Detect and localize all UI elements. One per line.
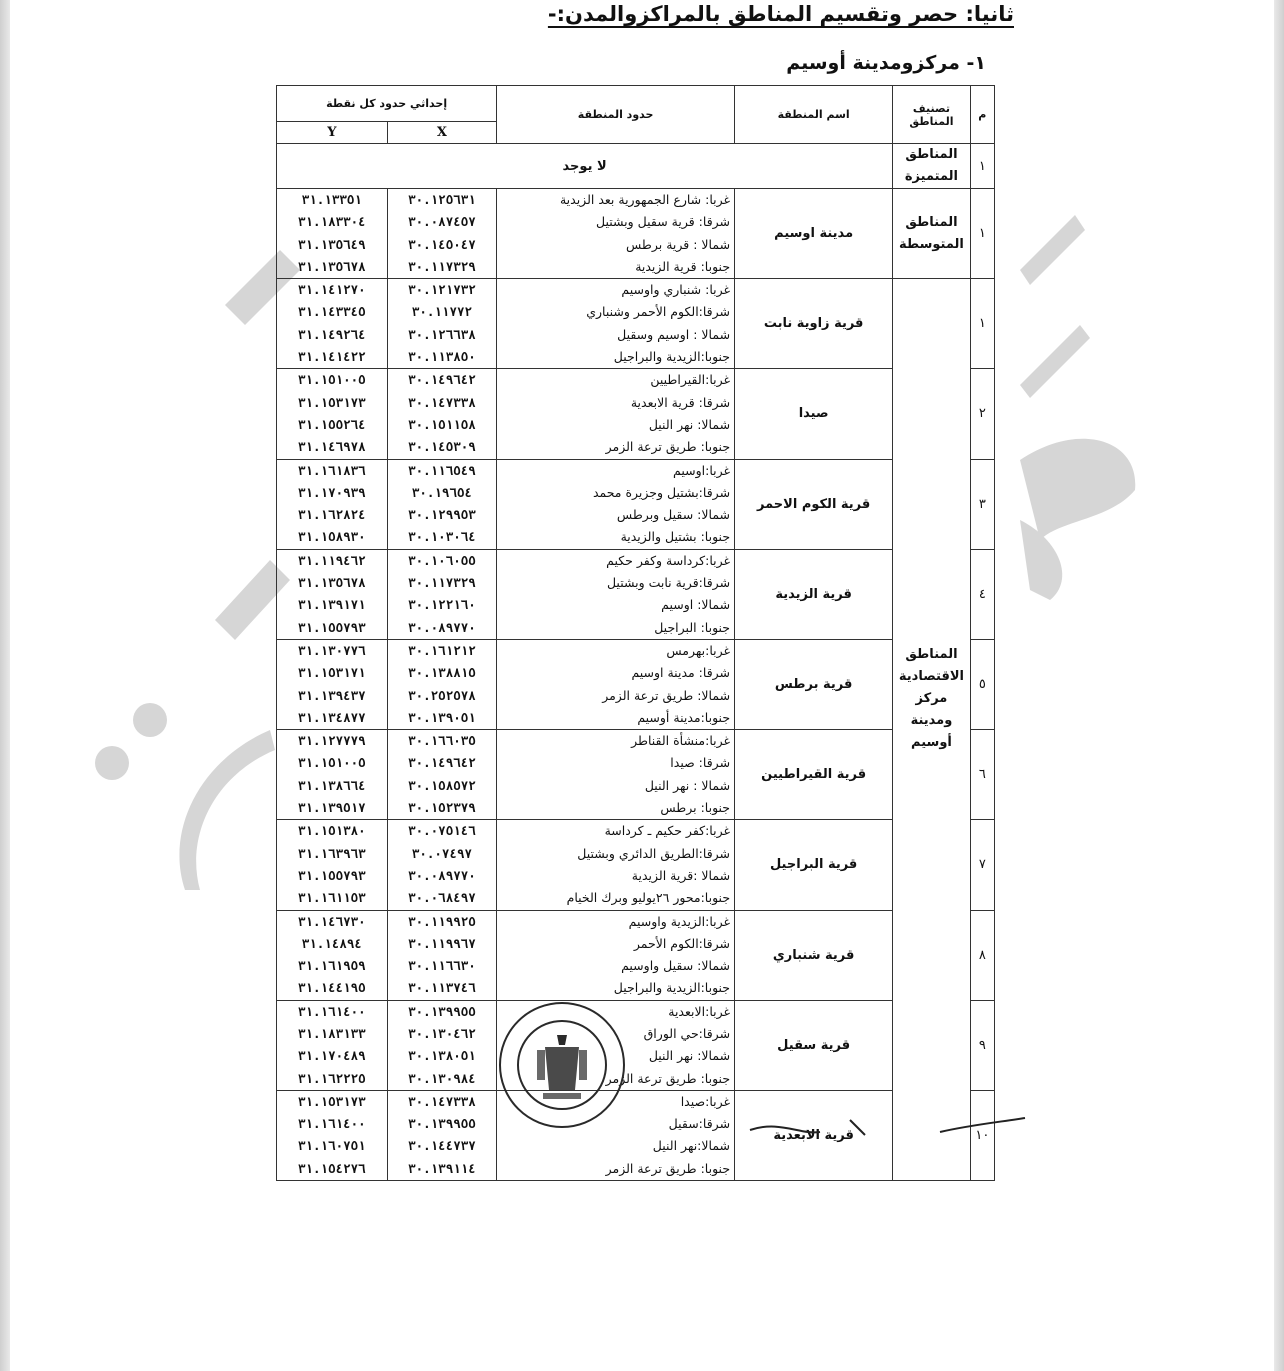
y-value: ٣١.١٥٤٢٧٦ bbox=[281, 1158, 383, 1180]
x-value: ٣٠.٠٨٩٧٧٠ bbox=[392, 865, 493, 887]
y-value: ٣١.١٣٥٦٧٨ bbox=[281, 256, 383, 278]
x-coordinates: ٣٠.١٤٩٦٤٢٣٠.١٤٧٣٣٨٣٠.١٥١١٥٨٣٠.١٤٥٣٠٩ bbox=[387, 369, 497, 459]
zone-name: قرية الابعدية bbox=[735, 1090, 893, 1180]
bound-north: شمالا : اوسيم وسقيل bbox=[501, 324, 730, 346]
y-coordinates: ٣١.١٤٦٧٣٠٣١.١٤٨٩٤٣١.١٦١٩٥٩٣١.١٤٤١٩٥ bbox=[277, 910, 388, 1000]
x-value: ٣٠.١٤٧٣٣٨ bbox=[392, 392, 493, 414]
y-value: ٣١.١٦١٤٠٠ bbox=[281, 1113, 383, 1135]
zone-name: قرية شنباري bbox=[735, 910, 893, 1000]
x-value: ٣٠.١٠٣٠٦٤ bbox=[392, 526, 493, 548]
x-value: ٣٠.١٤٥٣٠٩ bbox=[392, 436, 493, 458]
x-value: ٣٠.١٤٤٧٣٧ bbox=[392, 1135, 493, 1157]
bound-north: شمالا: طريق ترعة الزمر bbox=[501, 685, 730, 707]
zone-name: قرية الكوم الاحمر bbox=[735, 459, 893, 549]
y-value: ٣١.١٣٣٥١ bbox=[281, 189, 383, 211]
zone-bounds: غربا:كفر حكيم ـ كرداسةشرقا:الطريق الدائر… bbox=[497, 820, 735, 910]
row-number: ٣ bbox=[970, 459, 994, 549]
bound-east: شرقا: قرية سقيل وبشتيل bbox=[501, 211, 730, 233]
row-number: ٩ bbox=[970, 1000, 994, 1090]
bound-south: جنوبا: برطس bbox=[501, 797, 730, 819]
x-coordinates: ٣٠.١٢٥٦٣١ ٣٠.٠٨٧٤٥٧ ٣٠.١٤٥٠٤٧ ٣٠.١١٧٣٢٩ bbox=[387, 189, 497, 279]
zone-name: صيدا bbox=[735, 369, 893, 459]
y-value: ٣١.١٦٢٢٢٥ bbox=[281, 1068, 383, 1090]
x-value: ٣٠.١٢١٧٣٢ bbox=[392, 279, 493, 301]
table-row: ١المناطق الاقتصادية مركز ومدينة أوسيمقري… bbox=[277, 279, 995, 369]
y-coordinates: ٣١.١٦١٤٠٠٣١.١٨٣١٣٣٣١.١٧٠٤٨٩٣١.١٦٢٢٢٥ bbox=[277, 1000, 388, 1090]
x-value: ٣٠.١٣٩١١٤ bbox=[392, 1158, 493, 1180]
header-m: م bbox=[970, 86, 994, 144]
header-zone-bounds: حدود المنطقة bbox=[497, 86, 735, 144]
classification-cell: المناطق المتوسطة bbox=[893, 189, 970, 279]
page-shadow-right bbox=[1274, 0, 1284, 1371]
zone-name: قرية سقيل bbox=[735, 1000, 893, 1090]
y-value: ٣١.١٦١٨٣٦ bbox=[281, 460, 383, 482]
x-value: ٣٠.١٣٩٩٥٥ bbox=[392, 1113, 493, 1135]
zone-name: مدينة اوسيم bbox=[735, 189, 893, 279]
x-coordinates: ٣٠.١٦١٢١٢٣٠.١٣٨٨١٥٣٠.٢٥٢٥٧٨٣٠.١٣٩٠٥١ bbox=[387, 639, 497, 729]
x-coordinates: ٣٠.١١٦٥٤٩٣٠.١٩٦٥٤٣٠.١٢٩٩٥٣٣٠.١٠٣٠٦٤ bbox=[387, 459, 497, 549]
zone-bounds: غربا:منشأة القناطرشرقا: صيداشمالا : نهر … bbox=[497, 730, 735, 820]
x-value: ٣٠.١١٦٦٣٠ bbox=[392, 955, 493, 977]
x-value: ٣٠.١٤٧٣٣٨ bbox=[392, 1091, 493, 1113]
bound-north: شمالا : قرية برطس bbox=[501, 234, 730, 256]
bound-south: جنوبا: طريق ترعة الزمر bbox=[501, 1158, 730, 1180]
x-value: ٣٠.١٣٨٠٥١ bbox=[392, 1045, 493, 1067]
zone-bounds: غربا:القيراطيينشرقا: قرية الابعديةشمالا:… bbox=[497, 369, 735, 459]
y-value: ٣١.١٧٠٩٣٩ bbox=[281, 482, 383, 504]
y-value: ٣١.١٤١٢٧٠ bbox=[281, 279, 383, 301]
x-value: ٣٠.١١٣٧٤٦ bbox=[392, 977, 493, 999]
x-value: ٣٠.٠٨٩٧٧٠ bbox=[392, 617, 493, 639]
y-value: ٣١.١٣٨٦٦٤ bbox=[281, 775, 383, 797]
x-value: ٣٠.١١٧٣٢٩ bbox=[392, 256, 493, 278]
bound-north: شمالا :قرية الزيدية bbox=[501, 865, 730, 887]
zone-bounds: غربا:بهرمسشرقا: مدينة اوسيمشمالا: طريق ت… bbox=[497, 639, 735, 729]
bound-east: شرقا:حي الوراق bbox=[501, 1023, 730, 1045]
x-value: ٣٠.١١٦٥٤٩ bbox=[392, 460, 493, 482]
bound-south: جنوبا:الزيدية والبراجيل bbox=[501, 977, 730, 999]
bound-east: شرقا:قرية نابت وبشتيل bbox=[501, 572, 730, 594]
x-value: ٣٠.٠٦٨٤٩٧ bbox=[392, 887, 493, 909]
y-value: ٣١.١٤١٤٢٢ bbox=[281, 346, 383, 368]
y-coordinates: ٣١.١١٩٤٦٢٣١.١٣٥٦٧٨٣١.١٣٩١٧١٣١.١٥٥٧٩٣ bbox=[277, 549, 388, 639]
x-value: ٣٠.٠٧٤٩٧ bbox=[392, 843, 493, 865]
y-value: ٣١.١٥٣١٧١ bbox=[281, 662, 383, 684]
y-value: ٣١.١٤٦٩٧٨ bbox=[281, 436, 383, 458]
header-x: X bbox=[387, 122, 497, 144]
row-number: ٧ bbox=[970, 820, 994, 910]
x-value: ٣٠.١٤٩٦٤٢ bbox=[392, 369, 493, 391]
x-value: ٣٠.٠٨٧٤٥٧ bbox=[392, 211, 493, 233]
y-value: ٣١.١٣٥٦٤٩ bbox=[281, 234, 383, 256]
y-value: ٣١.١٣٩٥١٧ bbox=[281, 797, 383, 819]
row-number: ٦ bbox=[970, 730, 994, 820]
bound-east: شرقا:بشتيل وجزيرة محمد bbox=[501, 482, 730, 504]
y-value: ٣١.١٥٨٩٣٠ bbox=[281, 526, 383, 548]
page-shadow-left bbox=[0, 0, 10, 1371]
table-row: ٨قرية شنباريغربا:الزيدية واوسيمشرقا:الكو… bbox=[277, 910, 995, 1000]
table-row: ٩قرية سقيلغربا:الابعديةشرقا:حي الوراقشما… bbox=[277, 1000, 995, 1090]
bound-west: غربا:الابعدية bbox=[501, 1001, 730, 1023]
y-value: ٣١.١٨٣١٣٣ bbox=[281, 1023, 383, 1045]
y-coordinates: ٣١.١٥١٣٨٠٣١.١٦٣٩٦٣٣١.١٥٥٧٩٣٣١.١٦١١٥٣ bbox=[277, 820, 388, 910]
table-row-medium: ١ المناطق المتوسطة مدينة اوسيم غربا: شار… bbox=[277, 189, 995, 279]
y-value: ٣١.١٤٦٧٣٠ bbox=[281, 911, 383, 933]
x-value: ٣٠.١٣٩٠٥١ bbox=[392, 707, 493, 729]
zone-bounds: غربا: شنباري واوسيمشرقا:الكوم الأحمر وشن… bbox=[497, 279, 735, 369]
x-value: ٣٠.١٤٩٦٤٢ bbox=[392, 752, 493, 774]
table-row: ٧قرية البراجيلغربا:كفر حكيم ـ كرداسةشرقا… bbox=[277, 820, 995, 910]
bound-west: غربا:القيراطيين bbox=[501, 369, 730, 391]
bound-north: شمالا: اوسيم bbox=[501, 594, 730, 616]
y-coordinates: ٣١.١٢٧٧٧٩٣١.١٥١٠٠٥٣١.١٣٨٦٦٤٣١.١٣٩٥١٧ bbox=[277, 730, 388, 820]
x-coordinates: ٣٠.١٦٦٠٣٥٣٠.١٤٩٦٤٢٣٠.١٥٨٥٧٢٣٠.١٥٢٣٧٩ bbox=[387, 730, 497, 820]
none-value: لا يوجد bbox=[277, 144, 893, 189]
table-row-distinguished: ١ المناطق المتميزة لا يوجد bbox=[277, 144, 995, 189]
zone-bounds: غربا:كرداسة وكفر حكيمشرقا:قرية نابت وبشت… bbox=[497, 549, 735, 639]
x-value: ٣٠.١٢٢١٦٠ bbox=[392, 594, 493, 616]
y-value: ٣١.١٥٥٧٩٣ bbox=[281, 865, 383, 887]
row-number: ١ bbox=[970, 189, 994, 279]
bound-north: شمالا: سقيل واوسيم bbox=[501, 955, 730, 977]
bound-west: غربا:صيدا bbox=[501, 1091, 730, 1113]
y-coordinates: ٣١.١٦١٨٣٦٣١.١٧٠٩٣٩٣١.١٦٢٨٢٤٣١.١٥٨٩٣٠ bbox=[277, 459, 388, 549]
zone-name: قرية برطس bbox=[735, 639, 893, 729]
table-row: ١٠قرية الابعديةغربا:صيداشرقا:سقيلشمالا:ن… bbox=[277, 1090, 995, 1180]
bound-west: غربا: شارع الجمهورية بعد الزيدية bbox=[501, 189, 730, 211]
row-number: ١ bbox=[970, 144, 994, 189]
bound-south: جنوبا:مدينة أوسيم bbox=[501, 707, 730, 729]
y-value: ٣١.١٥٥٢٦٤ bbox=[281, 414, 383, 436]
table-row: ٤قرية الزيديةغربا:كرداسة وكفر حكيمشرقا:ق… bbox=[277, 549, 995, 639]
x-value: ٣٠.١٦٦٠٣٥ bbox=[392, 730, 493, 752]
x-value: ٣٠.١٢٦٦٣٨ bbox=[392, 324, 493, 346]
bound-north: شمالا : نهر النيل bbox=[501, 775, 730, 797]
zone-bounds: غربا:الزيدية واوسيمشرقا:الكوم الأحمرشمال… bbox=[497, 910, 735, 1000]
bound-west: غربا:بهرمس bbox=[501, 640, 730, 662]
x-value: ٣٠.١١٩٩٦٧ bbox=[392, 933, 493, 955]
y-coordinates: ٣١.١٥٣١٧٣٣١.١٦١٤٠٠٣١.١٦٠٧٥١٣١.١٥٤٢٧٦ bbox=[277, 1090, 388, 1180]
y-coordinates: ٣١.١٤١٢٧٠٣١.١٤٣٣٤٥٣١.١٤٩٢٦٤٣١.١٤١٤٢٢ bbox=[277, 279, 388, 369]
bound-west: غربا:كرداسة وكفر حكيم bbox=[501, 550, 730, 572]
y-value: ٣١.١٥٣١٧٣ bbox=[281, 392, 383, 414]
x-coordinates: ٣٠.١٠٦٠٥٥٣٠.١١٧٣٢٩٣٠.١٢٢١٦٠٣٠.٠٨٩٧٧٠ bbox=[387, 549, 497, 639]
zone-name: قرية القيراطيين bbox=[735, 730, 893, 820]
y-value: ٣١.١٥٣١٧٣ bbox=[281, 1091, 383, 1113]
y-value: ٣١.١٧٠٤٨٩ bbox=[281, 1045, 383, 1067]
zone-bounds: غربا:اوسيمشرقا:بشتيل وجزيرة محمدشمالا: س… bbox=[497, 459, 735, 549]
bound-south: جنوبا: طريق ترعة الزمر bbox=[501, 1068, 730, 1090]
row-number: ٥ bbox=[970, 639, 994, 729]
row-number: ١٠ bbox=[970, 1090, 994, 1180]
zone-bounds: غربا: شارع الجمهورية بعد الزيدية شرقا: ق… bbox=[497, 189, 735, 279]
header-zone-name: اسم المنطقة bbox=[735, 86, 893, 144]
y-value: ٣١.١٣٩٤٣٧ bbox=[281, 685, 383, 707]
y-value: ٣١.١٦١١٥٣ bbox=[281, 887, 383, 909]
y-value: ٣١.١٥٥٧٩٣ bbox=[281, 617, 383, 639]
classification-cell: المناطق المتميزة bbox=[893, 144, 970, 189]
table-row: ٣قرية الكوم الاحمرغربا:اوسيمشرقا:بشتيل و… bbox=[277, 459, 995, 549]
y-value: ٣١.١١٩٤٦٢ bbox=[281, 550, 383, 572]
bound-east: شرقا:الكوم الأحمر وشنباري bbox=[501, 301, 730, 323]
x-value: ٣٠.١٦١٢١٢ bbox=[392, 640, 493, 662]
x-value: ٣٠.١٣٨٨١٥ bbox=[392, 662, 493, 684]
x-value: ٣٠.١٢٩٩٥٣ bbox=[392, 504, 493, 526]
bound-north: شمالا:نهر النيل bbox=[501, 1135, 730, 1157]
y-value: ٣١.١٦١٩٥٩ bbox=[281, 955, 383, 977]
y-coordinates: ٣١.١٥١٠٠٥٣١.١٥٣١٧٣٣١.١٥٥٢٦٤٣١.١٤٦٩٧٨ bbox=[277, 369, 388, 459]
bound-east: شرقا:سقيل bbox=[501, 1113, 730, 1135]
x-value: ٣٠.١٢٥٦٣١ bbox=[392, 189, 493, 211]
y-value: ٣١.١٣٥٦٧٨ bbox=[281, 572, 383, 594]
zone-name: قرية زاوية نابت bbox=[735, 279, 893, 369]
bound-north: شمالا: نهر النيل bbox=[501, 414, 730, 436]
x-value: ٣٠.١١٩٩٢٥ bbox=[392, 911, 493, 933]
bound-west: غربا:كفر حكيم ـ كرداسة bbox=[501, 820, 730, 842]
zones-table: م تصنيف المناطق اسم المنطقة حدود المنطقة… bbox=[276, 85, 995, 1181]
bound-north: شمالا: سقيل وبرطس bbox=[501, 504, 730, 526]
x-value: ٣٠.١٠٦٠٥٥ bbox=[392, 550, 493, 572]
y-value: ٣١.١٥١٠٠٥ bbox=[281, 369, 383, 391]
header-coordinates: إحداثي حدود كل نقطة bbox=[277, 86, 497, 122]
zone-bounds: غربا:صيداشرقا:سقيلشمالا:نهر النيلجنوبا: … bbox=[497, 1090, 735, 1180]
bound-south: جنوبا: بشتيل والزيدية bbox=[501, 526, 730, 548]
header-y: Y bbox=[277, 122, 388, 144]
bound-east: شرقا:الكوم الأحمر bbox=[501, 933, 730, 955]
y-value: ٣١.١٤٩٢٦٤ bbox=[281, 324, 383, 346]
y-value: ٣١.١٣٠٧٧٦ bbox=[281, 640, 383, 662]
bound-south: جنوبا: طريق ترعة الزمر bbox=[501, 436, 730, 458]
x-coordinates: ٣٠.١٣٩٩٥٥٣٠.١٣٠٤٦٢٣٠.١٣٨٠٥١٣٠.١٣٠٩٨٤ bbox=[387, 1000, 497, 1090]
bound-west: غربا:اوسيم bbox=[501, 460, 730, 482]
y-value: ٣١.١٤٤١٩٥ bbox=[281, 977, 383, 999]
table-row: ٢صيداغربا:القيراطيينشرقا: قرية الابعديةش… bbox=[277, 369, 995, 459]
x-value: ٣٠.١٥٨٥٧٢ bbox=[392, 775, 493, 797]
table-row: ٥قرية برطسغربا:بهرمسشرقا: مدينة اوسيمشما… bbox=[277, 639, 995, 729]
x-coordinates: ٣٠.١٤٧٣٣٨٣٠.١٣٩٩٥٥٣٠.١٤٤٧٣٧٣٠.١٣٩١١٤ bbox=[387, 1090, 497, 1180]
x-value: ٣٠.٢٥٢٥٧٨ bbox=[392, 685, 493, 707]
y-value: ٣١.١٦٠٧٥١ bbox=[281, 1135, 383, 1157]
bound-west: غربا:منشأة القناطر bbox=[501, 730, 730, 752]
x-value: ٣٠.١٣٠٩٨٤ bbox=[392, 1068, 493, 1090]
y-value: ٣١.١٣٤٨٧٧ bbox=[281, 707, 383, 729]
x-value: ٣٠.٠٧٥١٤٦ bbox=[392, 820, 493, 842]
zone-bounds: غربا:الابعديةشرقا:حي الوراقشمالا: نهر ال… bbox=[497, 1000, 735, 1090]
header-classification: تصنيف المناطق bbox=[893, 86, 970, 144]
zone-name: قرية الزيدية bbox=[735, 549, 893, 639]
x-value: ٣٠.١١٧٣٢٩ bbox=[392, 572, 493, 594]
row-number: ٢ bbox=[970, 369, 994, 459]
row-number: ٤ bbox=[970, 549, 994, 639]
bound-north: شمالا: نهر النيل bbox=[501, 1045, 730, 1067]
y-value: ٣١.١٦٣٩٦٣ bbox=[281, 843, 383, 865]
x-value: ٣٠.١٥١١٥٨ bbox=[392, 414, 493, 436]
y-value: ٣١.١٢٧٧٧٩ bbox=[281, 730, 383, 752]
x-value: ٣٠.١١٧٧٢ bbox=[392, 301, 493, 323]
y-value: ٣١.١٨٣٣٠٤ bbox=[281, 211, 383, 233]
x-coordinates: ٣٠.١١٩٩٢٥٣٠.١١٩٩٦٧٣٠.١١٦٦٣٠٣٠.١١٣٧٤٦ bbox=[387, 910, 497, 1000]
x-value: ٣٠.١٣٩٩٥٥ bbox=[392, 1001, 493, 1023]
y-value: ٣١.١٦١٤٠٠ bbox=[281, 1001, 383, 1023]
bound-east: شرقا: قرية الابعدية bbox=[501, 392, 730, 414]
y-value: ٣١.١٤٣٣٤٥ bbox=[281, 301, 383, 323]
y-coordinates: ٣١.١٣٠٧٧٦٣١.١٥٣١٧١٣١.١٣٩٤٣٧٣١.١٣٤٨٧٧ bbox=[277, 639, 388, 729]
classification-cell: المناطق الاقتصادية مركز ومدينة أوسيم bbox=[893, 279, 970, 1181]
y-value: ٣١.١٥١٠٠٥ bbox=[281, 752, 383, 774]
row-number: ١ bbox=[970, 279, 994, 369]
row-number: ٨ bbox=[970, 910, 994, 1000]
x-coordinates: ٣٠.١٢١٧٣٢٣٠.١١٧٧٢٣٠.١٢٦٦٣٨٣٠.١١٣٨٥٠ bbox=[387, 279, 497, 369]
table-row: ٦قرية القيراطيينغربا:منشأة القناطرشرقا: … bbox=[277, 730, 995, 820]
zone-name: قرية البراجيل bbox=[735, 820, 893, 910]
bound-south: جنوبا:الزيدية والبراجيل bbox=[501, 346, 730, 368]
bound-south: جنوبا: قرية الزيدية bbox=[501, 256, 730, 278]
x-value: ٣٠.١١٣٨٥٠ bbox=[392, 346, 493, 368]
y-value: ٣١.١٦٢٨٢٤ bbox=[281, 504, 383, 526]
bound-west: غربا:الزيدية واوسيم bbox=[501, 911, 730, 933]
y-value: ٣١.١٤٨٩٤ bbox=[281, 933, 383, 955]
bound-east: شرقا: صيدا bbox=[501, 752, 730, 774]
bound-east: شرقا:الطريق الدائري وبشتيل bbox=[501, 843, 730, 865]
x-value: ٣٠.١٤٥٠٤٧ bbox=[392, 234, 493, 256]
x-value: ٣٠.١٩٦٥٤ bbox=[392, 482, 493, 504]
x-value: ٣٠.١٥٢٣٧٩ bbox=[392, 797, 493, 819]
x-coordinates: ٣٠.٠٧٥١٤٦٣٠.٠٧٤٩٧٣٠.٠٨٩٧٧٠٣٠.٠٦٨٤٩٧ bbox=[387, 820, 497, 910]
section-heading: ثانيا: حصر وتقسيم المناطق بالمراكزوالمدن… bbox=[548, 2, 1014, 26]
bound-south: جنوبا: البراجيل bbox=[501, 617, 730, 639]
y-value: ٣١.١٥١٣٨٠ bbox=[281, 820, 383, 842]
subsection-heading: ١- مركزومدينة أوسيم bbox=[786, 52, 986, 74]
x-value: ٣٠.١٣٠٤٦٢ bbox=[392, 1023, 493, 1045]
bound-south: جنوبا:محور ٢٦يوليو وبرك الخيام bbox=[501, 887, 730, 909]
y-coordinates: ٣١.١٣٣٥١ ٣١.١٨٣٣٠٤ ٣١.١٣٥٦٤٩ ٣١.١٣٥٦٧٨ bbox=[277, 189, 388, 279]
bound-west: غربا: شنباري واوسيم bbox=[501, 279, 730, 301]
y-value: ٣١.١٣٩١٧١ bbox=[281, 594, 383, 616]
bound-east: شرقا: مدينة اوسيم bbox=[501, 662, 730, 684]
